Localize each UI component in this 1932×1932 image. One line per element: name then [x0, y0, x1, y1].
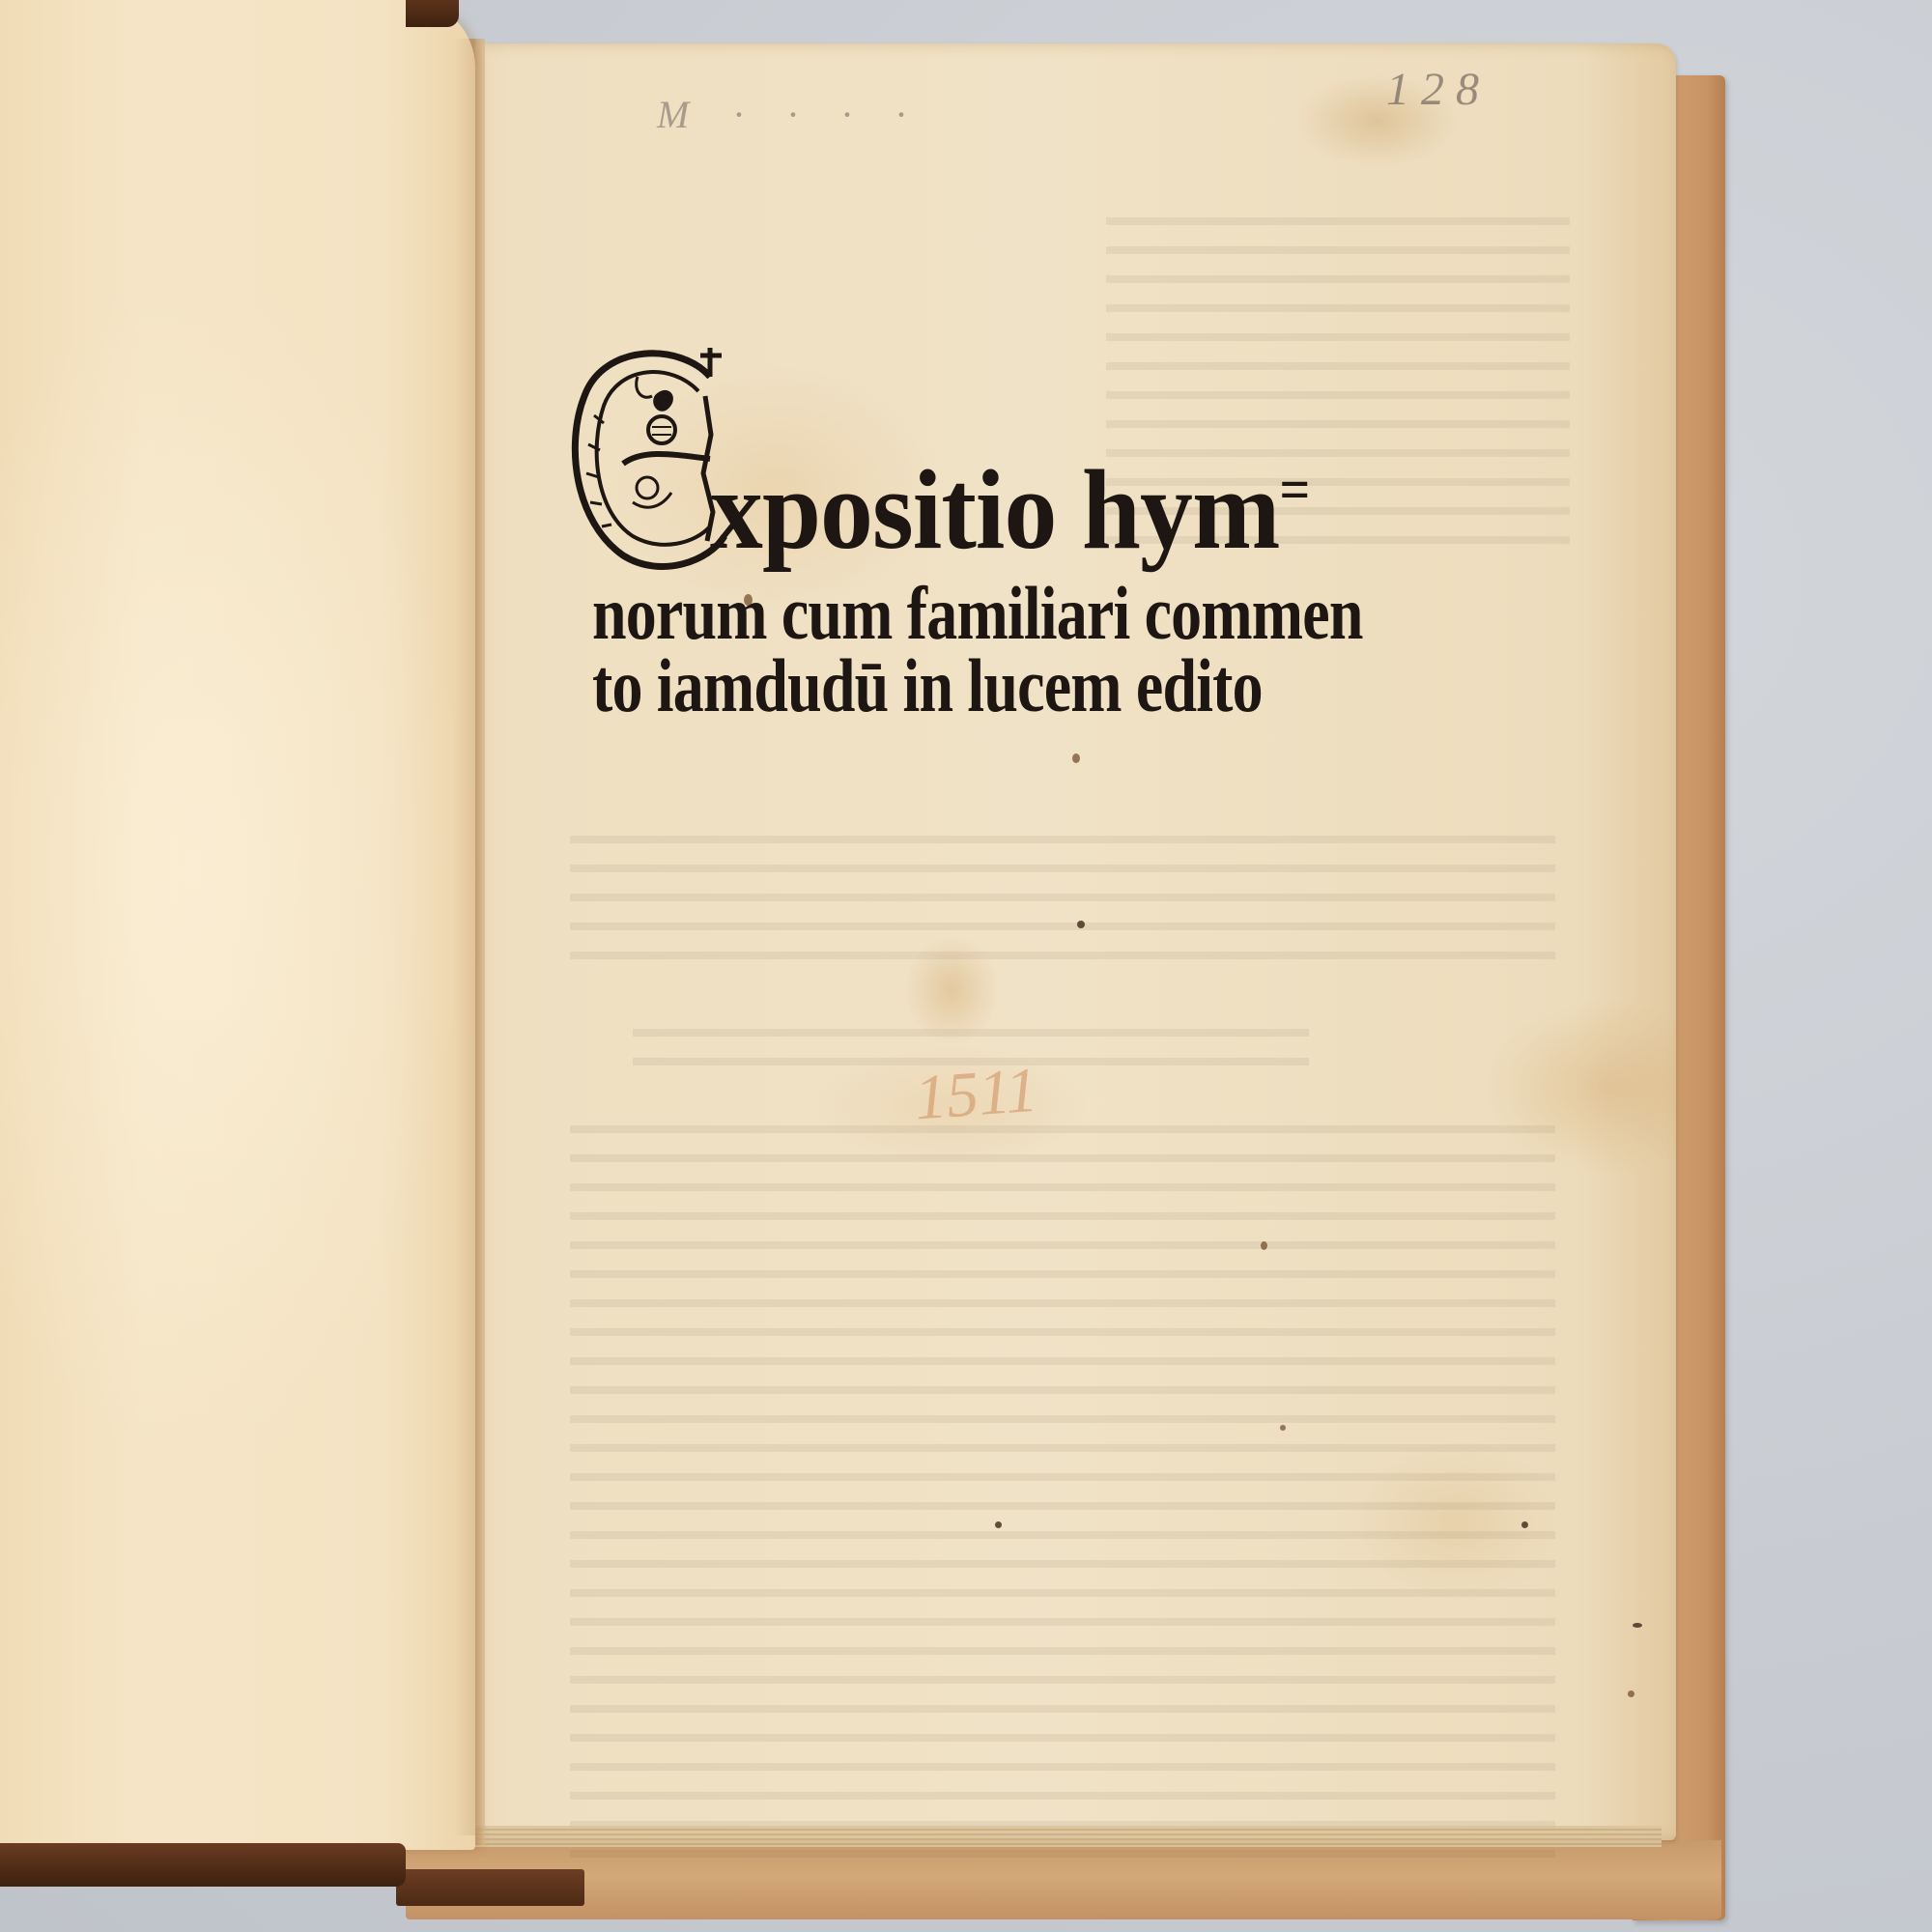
- title-line-1: xpositio hym=: [710, 444, 1309, 576]
- book-photo: M · · · · 1 2 8 1511 xposit: [0, 0, 1932, 1932]
- pencil-note-top-right: 1 2 8: [1386, 63, 1479, 116]
- foxing-speck: [1261, 1241, 1267, 1250]
- foxing-speck: [1628, 1690, 1634, 1697]
- title-page: M · · · · 1 2 8 1511 xposit: [411, 43, 1676, 1840]
- leather-spine-bottom: [0, 1843, 406, 1887]
- foxing-speck: [1077, 921, 1085, 928]
- red-pencil-note: 1511: [913, 1054, 1040, 1136]
- line-hyphen: =: [1279, 458, 1309, 522]
- text-block-edge: [415, 1826, 1662, 1847]
- leather-spine-top: [406, 0, 459, 27]
- foxing-speck: [1521, 1521, 1528, 1528]
- blank-endpaper: [0, 0, 475, 1850]
- foxing-speck: [995, 1521, 1002, 1528]
- woodcut-initial-e-icon: [565, 338, 729, 570]
- foxing-speck: [1280, 1425, 1286, 1431]
- title-line-3: to iamdudū in lucem edito: [592, 642, 1263, 729]
- pencil-note-top-left: M · · · ·: [657, 92, 923, 137]
- leather-spine-tail: [396, 1869, 584, 1906]
- foxing-speck: [1633, 1623, 1642, 1628]
- foxing-speck: [1072, 753, 1080, 763]
- show-through-text: [570, 1125, 1555, 1860]
- show-through-text: [570, 836, 1555, 971]
- foxing-speck: [744, 594, 753, 606]
- title-line-1-text: xpositio hym: [710, 446, 1279, 573]
